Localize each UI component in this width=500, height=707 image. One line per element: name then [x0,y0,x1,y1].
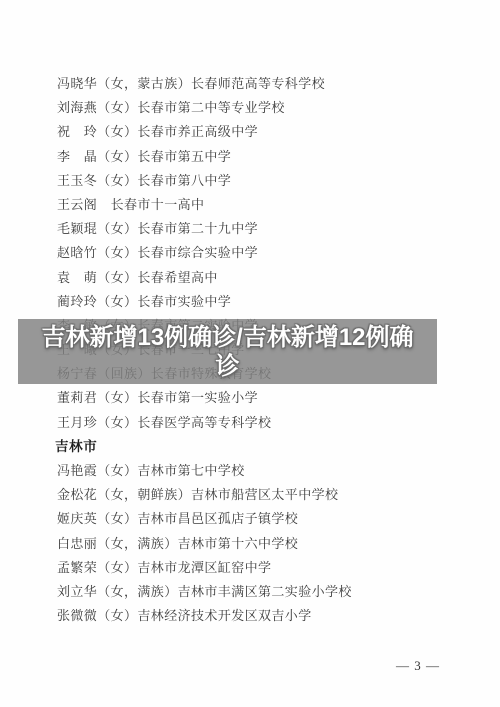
list-item: 刘立华（女，满族）吉林市丰满区第二实验小学校 [57,580,486,604]
list-item: 冯艳霞（女）吉林市第七中学校 [57,459,486,483]
page-number: — 3 — [333,656,500,676]
list-item: 蔺玲玲（女）长春市实验中学 [57,290,486,314]
scanned-document-page: 冯晓华（女，蒙古族）长春师范高等专科学校 刘海燕（女）长春市第二中等专业学校 祝… [0,0,500,707]
list-item: 刘海燕（女）长春市第二中等专业学校 [57,96,486,120]
list-item: 王月珍（女）长春医学高等专科学校 [57,411,486,435]
list-item: 孟繁荣（女）吉林市龙潭区缸窑中学 [57,556,486,580]
list-item: 毛颖琨（女）长春市第二十九中学 [57,217,486,241]
section-header-jilin-city: 吉林市 [55,435,486,459]
overlay-title-line2: 诊 [216,352,240,381]
list-item: 金松花（女，朝鲜族）吉林市船营区太平中学校 [57,483,486,507]
list-item: 董莉君（女）长春市第一实验小学 [57,386,486,410]
list-item: 祝 玲（女）长春市养正高级中学 [57,120,486,144]
list-item: 李 晶（女）长春市第五中学 [57,145,486,169]
list-item: 赵晗竹（女）长春市综合实验中学 [57,241,486,265]
list-item: 王云阁 长春市十一高中 [57,193,486,217]
overlay-title-line1: 吉林新增13例确诊/吉林新增12例确 [41,323,413,352]
list-item: 白忠丽（女，满族）吉林市第十六中学校 [57,532,486,556]
list-item: 袁 萌（女）长春希望高中 [57,266,486,290]
list-item: 冯晓华（女，蒙古族）长春师范高等专科学校 [57,72,486,96]
list-item: 王玉冬（女）长春市第八中学 [57,169,486,193]
list-item: 张微微（女）吉林经济技术开发区双吉小学 [57,604,486,628]
caption-overlay-band: 吉林新增13例确诊/吉林新增12例确 诊 [18,319,437,384]
list-item: 姬庆英（女）吉林市昌邑区孤店子镇学校 [57,507,486,531]
